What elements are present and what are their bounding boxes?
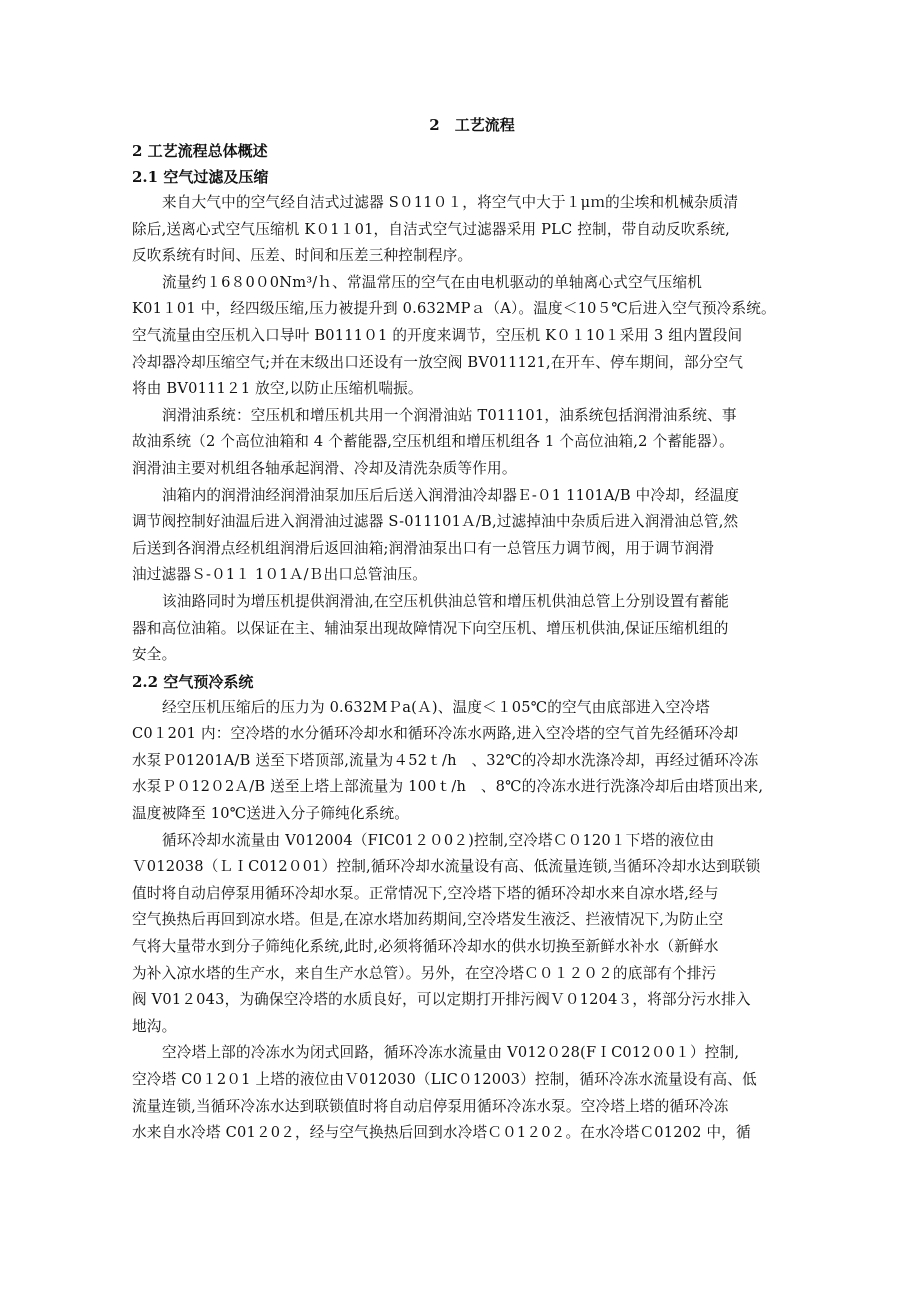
- text-line: 空冷塔上部的冷冻水为闭式回路，循环冷冻水流量由 V012０28(FＩC012０0…: [132, 1040, 792, 1067]
- paragraph-air-flow: 流量约１6８0０0Nm³/ｈ、常温常压的空气在由电机驱动的单轴离心式空气压缩机 …: [132, 270, 792, 403]
- section-heading-air-precooling: 2.2 空气预冷系统: [132, 669, 792, 695]
- text-line: 反吹系统有时间、压差、时间和压差三种控制程序。: [132, 243, 792, 270]
- text-line: 值时将自动启停泵用循环冷却水泵。正常情况下,空冷塔下塔的循环冷却水来自凉水塔,经…: [132, 881, 792, 908]
- section-heading-overview: 2 工艺流程总体概述: [132, 138, 792, 164]
- text-line: 润滑油主要对机组各轴承起润滑、冷却及清洗杂质等作用。: [132, 456, 792, 483]
- paragraph-oil-circuit: 该油路同时为增压机提供润滑油,在空压机供油总管和增压机供油总管上分别设置有蓄能 …: [132, 589, 792, 669]
- paragraph-cooling-water: 循环冷却水流量由 V012004（FIC01２０0２)控制,空冷塔Ｃ０120１下…: [132, 828, 792, 1041]
- text-line: 阀 V01２043，为确保空冷塔的水质良好，可以定期打开排污阀Ｖ０1204３，将…: [132, 987, 792, 1014]
- text-line: 空气换热后再回到凉水塔。但是,在凉水塔加药期间,空冷塔发生液泛、拦液情况下,为防…: [132, 907, 792, 934]
- text-line: 将由 BV0111２1 放空,以防止压缩机喘振。: [132, 376, 792, 403]
- paragraph-chilled-water: 空冷塔上部的冷冻水为闭式回路，循环冷冻水流量由 V012０28(FＩC012０0…: [132, 1040, 792, 1146]
- paragraph-lube-oil-system: 润滑油系统：空压机和增压机共用一个润滑油站 T011101，油系统包括润滑油系统…: [132, 403, 792, 483]
- text-line: 流量连锁,当循环冷冻水达到联锁值时将自动启停泵用循环冷冻水泵。空冷塔上塔的循环冷…: [132, 1094, 792, 1121]
- text-line: 油过滤器Ｓ-０1１ 1０1Ａ/Ｂ出口总管油压。: [132, 562, 792, 589]
- text-line: 除后,送离心式空气压缩机 K０1１01，自洁式空气过滤器采用 PLC 控制，带自…: [132, 217, 792, 244]
- text-line: K01１01 中，经四级压缩,压力被提升到 0.632MPａ（A）。温度＜10５…: [132, 296, 792, 323]
- text-line: C0１201 内：空冷塔的水分循环冷却水和循环冷冻水两路,进入空冷塔的空气首先经…: [132, 721, 792, 748]
- paragraph-air-filter: 来自大气中的空气经自洁式过滤器 S０11０１，将空气中大于１μｍ的尘埃和机械杂质…: [132, 190, 792, 270]
- text-line: 循环冷却水流量由 V012004（FIC01２０0２)控制,空冷塔Ｃ０120１下…: [132, 828, 792, 855]
- document-title: 2 工艺流程: [152, 112, 792, 138]
- text-line: 流量约１6８0０0Nm³/ｈ、常温常压的空气在由电机驱动的单轴离心式空气压缩机: [132, 270, 792, 297]
- text-line: 油箱内的润滑油经润滑油泵加压后后送入润滑油冷却器Ｅ-０1 1101A/B 中冷却…: [132, 483, 792, 510]
- text-line: 为补入凉水塔的生产水，来自生产水总管）。另外，在空冷塔Ｃ０１２０２的底部有个排污: [132, 961, 792, 988]
- text-line: 安全。: [132, 642, 792, 669]
- text-line: 故油系统（2 个高位油箱和 4 个蓄能器,空压机组和增压机组各 1 个高位油箱,…: [132, 429, 792, 456]
- text-line: 水泵Ｐ０12０2Ａ/B 送至上塔上部流量为 100ｔ/h 、8℃的冷冻水进行洗涤…: [132, 774, 792, 801]
- text-line: 水泵Ｐ01201A/B 送至下塔顶部,流量为４52ｔ/h 、32℃的冷却水洗涤冷…: [132, 748, 792, 775]
- text-line: 调节阀控制好油温后进入润滑油过滤器 S-011101Ａ/B,过滤掉油中杂质后进入…: [132, 509, 792, 536]
- text-line: Ｖ012038（ＬＩC012０01）控制,循环冷却水流量设有高、低流量连锁,当循…: [132, 854, 792, 881]
- section-heading-air-filtration: 2.1 空气过滤及压缩: [132, 164, 792, 190]
- text-line: 经空压机压缩后的压力为 0.632MＰa(Ａ)、温度＜１05℃的空气由底部进入空…: [132, 695, 792, 722]
- text-line: 该油路同时为增压机提供润滑油,在空压机供油总管和增压机供油总管上分别设置有蓄能: [132, 589, 792, 616]
- text-line: 空气流量由空压机入口导叶 B0111０1 的开度来调节，空压机 K０１10１采用…: [132, 323, 792, 350]
- document-page: 2 工艺流程 2 工艺流程总体概述 2.1 空气过滤及压缩 来自大气中的空气经自…: [132, 112, 792, 1147]
- text-line: 来自大气中的空气经自洁式过滤器 S０11０１，将空气中大于１μｍ的尘埃和机械杂质…: [132, 190, 792, 217]
- text-line: 气将大量带水到分子筛纯化系统,此时,必须将循环冷却水的供水切换至新鲜水补水（新鲜…: [132, 934, 792, 961]
- text-line: 水来自水冷塔 C01２0２，经与空气换热后回到水冷塔Ｃ０1２0２。在水冷塔Ｃ01…: [132, 1120, 792, 1147]
- text-line: 冷却器冷却压缩空气;并在末级出口还设有一放空阀 BV011121,在开车、停车期…: [132, 350, 792, 377]
- text-line: 后送到各润滑点经机组润滑后返回油箱;润滑油泵出口有一总管压力调节阀，用于调节润滑: [132, 536, 792, 563]
- paragraph-precooling-intro: 经空压机压缩后的压力为 0.632MＰa(Ａ)、温度＜１05℃的空气由底部进入空…: [132, 695, 792, 828]
- text-line: 地沟。: [132, 1014, 792, 1041]
- paragraph-oil-tank: 油箱内的润滑油经润滑油泵加压后后送入润滑油冷却器Ｅ-０1 1101A/B 中冷却…: [132, 483, 792, 589]
- text-line: 空冷塔 C0１2０1 上塔的液位由Ｖ012030（LIC０12003）控制，循环…: [132, 1067, 792, 1094]
- text-line: 润滑油系统：空压机和增压机共用一个润滑油站 T011101，油系统包括润滑油系统…: [132, 403, 792, 430]
- text-line: 器和高位油箱。以保证在主、辅油泵出现故障情况下向空压机、增压机供油,保证压缩机组…: [132, 616, 792, 643]
- text-line: 温度被降至 10℃送进入分子筛纯化系统。: [132, 801, 792, 828]
